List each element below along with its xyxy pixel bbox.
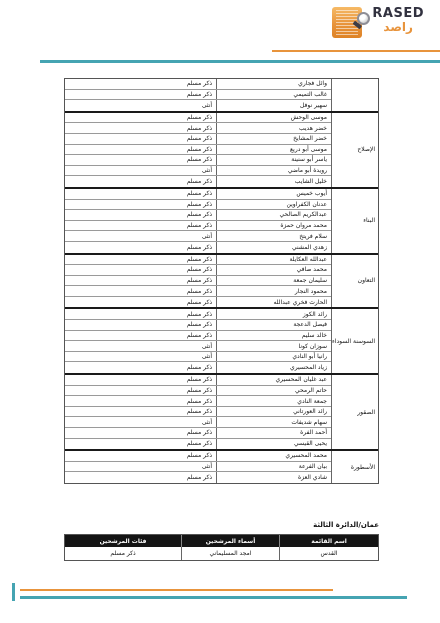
candidate-name-cell: أيوب خميس [216, 189, 331, 199]
candidate-category-cell: ذكر مسلم [65, 472, 216, 483]
candidate-category-cell: ذكر مسلم [65, 396, 216, 406]
table-row: محمد المحسيريذكر مسلم [65, 451, 331, 462]
table-row: خضر المشايخذكر مسلم [65, 134, 331, 145]
group-rows: رائد الكوزذكر مسلمفيصل الدعجةذكر مسلمخال… [65, 309, 331, 373]
candidate-group: البناءأيوب خميسذكر مسلمعدنان الكفراوينذك… [65, 187, 378, 253]
candidate-name-cell: سلام فريتخ [216, 231, 331, 241]
table-row: رائد الكوزذكر مسلم [65, 309, 331, 320]
table-row: موسى أبو دريعذكر مسلم [65, 145, 331, 156]
table-row: وائل فجاريذكر مسلم [65, 79, 331, 90]
table-row: فيصل الدعجةذكر مسلم [65, 320, 331, 331]
candidate-group: وائل فجاريذكر مسلمغالب التميميذكر مسلمسه… [65, 79, 378, 111]
table-row: خالد سليمذكر مسلم [65, 331, 331, 342]
candidate-category-cell: ذكر مسلم [65, 297, 216, 308]
footer-teal-bar [12, 583, 15, 601]
table-row: أيوب خميسذكر مسلم [65, 189, 331, 200]
candidate-category-cell: ذكر مسلم [65, 200, 216, 210]
table-row: الحارث فخري عبداللهذكر مسلم [65, 297, 331, 308]
candidate-group: السوسنة السوداءرائد الكوزذكر مسلمفيصل ال… [65, 307, 378, 373]
candidate-name-cell: موسى الوحش [216, 113, 331, 123]
candidate-category-cell: ذكر مسلم [65, 145, 216, 155]
candidate-name-cell: الحارث فخري عبدالله [216, 297, 331, 308]
table-row: خليل الشايبذكر مسلم [65, 176, 331, 187]
table-row: محمد مروان حمزةذكر مسلم [65, 221, 331, 232]
table-row: أحمد الفرةذكر مسلم [65, 428, 331, 439]
district-header-cell: اسم القائمة [280, 535, 378, 547]
candidate-name-cell: عبدالله العكايلة [216, 255, 331, 265]
candidate-name-cell: زياد المحسيري [216, 362, 331, 373]
candidate-name-cell: عبد غليان المحسيري [216, 375, 331, 385]
list-name-cell [331, 79, 378, 111]
candidate-group: الإصلاحموسى الوحشذكر مسلمخضر هديبذكر مسل… [65, 111, 378, 187]
table-row: حاتم الرمحيذكر مسلم [65, 386, 331, 397]
candidate-name-cell: عبدالكريم الصالحي [216, 210, 331, 220]
candidate-name-cell: رانيا أبو النادي [216, 352, 331, 362]
candidate-name-cell: رائد العورتاني [216, 407, 331, 417]
table-row: بيان الفرعةأنثى [65, 462, 331, 473]
candidate-name-cell: رائد الكوز [216, 309, 331, 319]
district-list-name-cell: القدس [280, 547, 378, 560]
candidate-name-cell: خالد سليم [216, 331, 331, 341]
candidate-category-cell: ذكر مسلم [65, 242, 216, 253]
table-row: موسى الوحشذكر مسلم [65, 113, 331, 124]
candidate-category-cell: ذكر مسلم [65, 286, 216, 296]
logo-document-icon [332, 7, 362, 38]
table-row: غالب التميميذكر مسلم [65, 90, 331, 101]
candidate-category-cell: ذكر مسلم [65, 221, 216, 231]
district-header-cell: فئات المرشحين [65, 535, 182, 547]
candidate-name-cell: سوزان كونا [216, 341, 331, 351]
table-row: محمود النجارذكر مسلم [65, 286, 331, 297]
candidate-category-cell: ذكر مسلم [65, 79, 216, 89]
candidate-category-cell: ذكر مسلم [65, 375, 216, 385]
table-row: شادي العزةذكر مسلم [65, 472, 331, 483]
candidate-category-cell: ذكر مسلم [65, 123, 216, 133]
candidate-name-cell: عدنان الكفراوين [216, 200, 331, 210]
candidate-name-cell: سليمان جمعة [216, 276, 331, 286]
district-table-header: اسم القائمةأسماء المرشحينفئات المرشحين [65, 535, 378, 547]
candidate-name-cell: رويدة أبو ماضي [216, 166, 331, 176]
candidate-category-cell: ذكر مسلم [65, 155, 216, 165]
candidate-category-cell: أنثى [65, 462, 216, 472]
candidate-category-cell: ذكر مسلم [65, 309, 216, 319]
district-candidate-cell: امجد المسليماني [182, 547, 280, 560]
rased-logo: RASED راصد [332, 7, 424, 38]
table-row: عبد غليان المحسيريذكر مسلم [65, 375, 331, 386]
table-row: ياسر أبو سنينةذكر مسلم [65, 155, 331, 166]
candidate-category-cell: ذكر مسلم [65, 407, 216, 417]
main-table: وائل فجاريذكر مسلمغالب التميميذكر مسلمسه… [64, 78, 379, 484]
candidate-name-cell: خضر المشايخ [216, 134, 331, 144]
candidate-name-cell: حاتم الرمحي [216, 386, 331, 396]
candidate-name-cell: ياسر أبو سنينة [216, 155, 331, 165]
candidate-name-cell: موسى أبو دريع [216, 145, 331, 155]
district-table-row: القدسامجد المسليمانيذكر مسلم [65, 547, 378, 560]
table-row: رويدة أبو ماضيأنثى [65, 166, 331, 177]
table-row: عدنان الكفراوينذكر مسلم [65, 200, 331, 211]
table-row: زهدي المشنيذكر مسلم [65, 242, 331, 253]
candidate-group: الأسطورةمحمد المحسيريذكر مسلمبيان الفرعة… [65, 449, 378, 483]
candidate-category-cell: أنثى [65, 166, 216, 176]
candidate-name-cell: محمود النجار [216, 286, 331, 296]
candidate-group: الصقورعبد غليان المحسيريذكر مسلمحاتم الر… [65, 373, 378, 449]
list-name-cell: الصقور [331, 375, 378, 449]
table-row: خضر هديبذكر مسلم [65, 123, 331, 134]
candidate-category-cell: ذكر مسلم [65, 113, 216, 123]
candidate-name-cell: زهدي المشني [216, 242, 331, 253]
candidate-category-cell: ذكر مسلم [65, 90, 216, 100]
table-row: سهير نوفلأنثى [65, 100, 331, 111]
candidate-category-cell: أنثى [65, 231, 216, 241]
candidate-category-cell: ذكر مسلم [65, 255, 216, 265]
logo-text: RASED راصد [372, 7, 424, 34]
district-table: اسم القائمةأسماء المرشحينفئات المرشحينال… [64, 534, 379, 561]
table-row: جمعة الناديذكر مسلم [65, 396, 331, 407]
candidate-category-cell: أنثى [65, 417, 216, 427]
list-name-cell: الإصلاح [331, 113, 378, 187]
list-name-cell: الأسطورة [331, 451, 378, 483]
table-row: سلام فريتخأنثى [65, 231, 331, 242]
group-rows: أيوب خميسذكر مسلمعدنان الكفراوينذكر مسلم… [65, 189, 331, 253]
candidate-name-cell: محمد مروان حمزة [216, 221, 331, 231]
candidate-group: التعاونعبدالله العكايلةذكر مسلممحمد صافي… [65, 253, 378, 308]
candidate-category-cell: ذكر مسلم [65, 331, 216, 341]
table-row: يحيى القيسيذكر مسلم [65, 439, 331, 450]
table-row: عبدالكريم الصالحيذكر مسلم [65, 210, 331, 221]
brand-name-arabic: راصد [383, 21, 413, 34]
candidate-name-cell: جمعة النادي [216, 396, 331, 406]
candidate-category-cell: أنثى [65, 352, 216, 362]
brand-name-latin: RASED [372, 7, 424, 21]
list-name-cell: السوسنة السوداء [331, 309, 378, 373]
candidate-category-cell: ذكر مسلم [65, 210, 216, 220]
candidate-name-cell: محمد المحسيري [216, 451, 331, 461]
table-row: رانيا أبو الناديأنثى [65, 352, 331, 363]
candidate-category-cell: ذكر مسلم [65, 176, 216, 187]
district-category-cell: ذكر مسلم [65, 547, 182, 560]
candidate-category-cell: ذكر مسلم [65, 134, 216, 144]
candidate-name-cell: أحمد الفرة [216, 428, 331, 438]
candidate-category-cell: ذكر مسلم [65, 386, 216, 396]
candidate-category-cell: ذكر مسلم [65, 276, 216, 286]
table-row: سوزان كوناأنثى [65, 341, 331, 352]
candidate-category-cell: أنثى [65, 341, 216, 351]
candidate-name-cell: سهام شديفات [216, 417, 331, 427]
table-row: سهام شديفاتأنثى [65, 417, 331, 428]
candidate-category-cell: ذكر مسلم [65, 320, 216, 330]
candidate-name-cell: سهير نوفل [216, 100, 331, 111]
list-name-cell: البناء [331, 189, 378, 253]
magnifier-handle [353, 20, 362, 28]
candidate-category-cell: ذكر مسلم [65, 428, 216, 438]
candidate-name-cell: شادي العزة [216, 472, 331, 483]
table-row: محمد صافيذكر مسلم [65, 265, 331, 276]
candidate-name-cell: فيصل الدعجة [216, 320, 331, 330]
candidate-category-cell: أنثى [65, 100, 216, 111]
group-rows: محمد المحسيريذكر مسلمبيان الفرعةأنثىشادي… [65, 451, 331, 483]
list-name-cell: التعاون [331, 255, 378, 308]
table-row: زياد المحسيريذكر مسلم [65, 362, 331, 373]
candidate-name-cell: محمد صافي [216, 265, 331, 275]
candidate-name-cell: خضر هديب [216, 123, 331, 133]
candidate-name-cell: بيان الفرعة [216, 462, 331, 472]
candidate-name-cell: وائل فجاري [216, 79, 331, 89]
candidate-category-cell: ذكر مسلم [65, 451, 216, 461]
candidate-category-cell: ذكر مسلم [65, 362, 216, 373]
header-teal-rule [40, 60, 440, 63]
candidate-category-cell: ذكر مسلم [65, 265, 216, 275]
table-row: سليمان جمعةذكر مسلم [65, 276, 331, 287]
group-rows: وائل فجاريذكر مسلمغالب التميميذكر مسلمسه… [65, 79, 331, 111]
candidate-name-cell: يحيى القيسي [216, 439, 331, 450]
group-rows: موسى الوحشذكر مسلمخضر هديبذكر مسلمخضر ال… [65, 113, 331, 187]
table-row: عبدالله العكايلةذكر مسلم [65, 255, 331, 266]
group-rows: عبد غليان المحسيريذكر مسلمحاتم الرمحيذكر… [65, 375, 331, 449]
candidate-name-cell: غالب التميمي [216, 90, 331, 100]
district-header-cell: أسماء المرشحين [182, 535, 280, 547]
group-rows: عبدالله العكايلةذكر مسلممحمد صافيذكر مسل… [65, 255, 331, 308]
document-page: RASED راصد وائل فجاريذكر مسلمغالب التميم… [0, 0, 440, 623]
candidate-name-cell: خليل الشايب [216, 176, 331, 187]
district-title: عمان/الدائرة الثالثة [64, 521, 379, 529]
candidate-category-cell: ذكر مسلم [65, 189, 216, 199]
candidate-category-cell: ذكر مسلم [65, 439, 216, 450]
magnifier-icon [357, 12, 370, 25]
footer-orange-rule [20, 589, 333, 591]
header-orange-rule [272, 50, 440, 52]
footer-teal-rule [20, 596, 407, 599]
table-row: رائد العورتانيذكر مسلم [65, 407, 331, 418]
